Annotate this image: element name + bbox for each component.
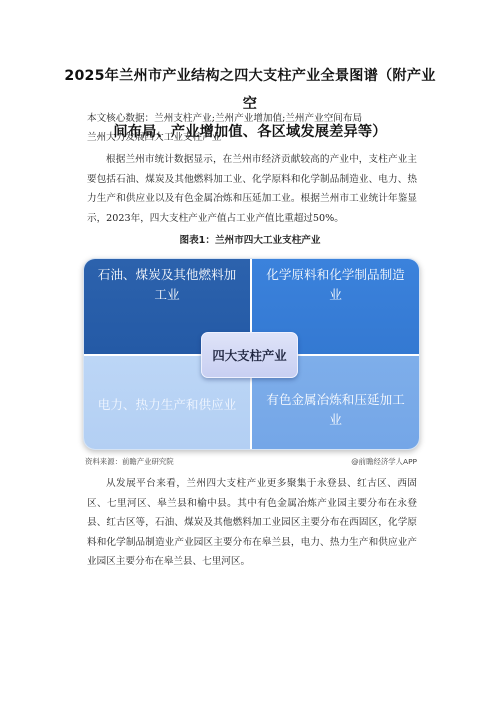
paragraph-intro: 根据兰州市统计数据显示，在兰州市经济贡献较高的产业中，支柱产业主要包括石油、煤炭… (87, 150, 417, 228)
source-attribution: 资料来源：前瞻产业研究院 (85, 456, 174, 468)
figure-source-row: 资料来源：前瞻产业研究院 @前瞻经济学人APP (85, 456, 417, 468)
quadrant-label: 有色金属冶炼和压延加工业 (260, 390, 411, 430)
section-heading: 兰州大力发展四大工业支柱产业 (87, 128, 221, 147)
center-label-box: 四大支柱产业 (201, 332, 298, 378)
core-data-line: 本文核心数据：兰州支柱产业;兰州产业增加值;兰州产业空间布局 (87, 109, 362, 128)
four-pillar-industries-diagram: 石油、煤炭及其他燃料加工业 化学原料和化学制品制造业 电力、热力生产和供应业 有… (83, 258, 420, 450)
quadrant-label: 化学原料和化学制品制造业 (260, 265, 411, 305)
quadrant-label: 石油、煤炭及其他燃料加工业 (92, 265, 242, 305)
quadrant-label: 电力、热力生产和供应业 (98, 395, 237, 415)
watermark-credit: @前瞻经济学人APP (351, 456, 417, 468)
figure-caption: 图表1：兰州市四大工业支柱产业 (80, 232, 420, 250)
paragraph-spatial-layout: 从发展平台来看，兰州四大支柱产业更多聚集于永登县、红古区、西固区、七里河区、皋兰… (87, 474, 417, 572)
center-label: 四大支柱产业 (212, 346, 286, 364)
